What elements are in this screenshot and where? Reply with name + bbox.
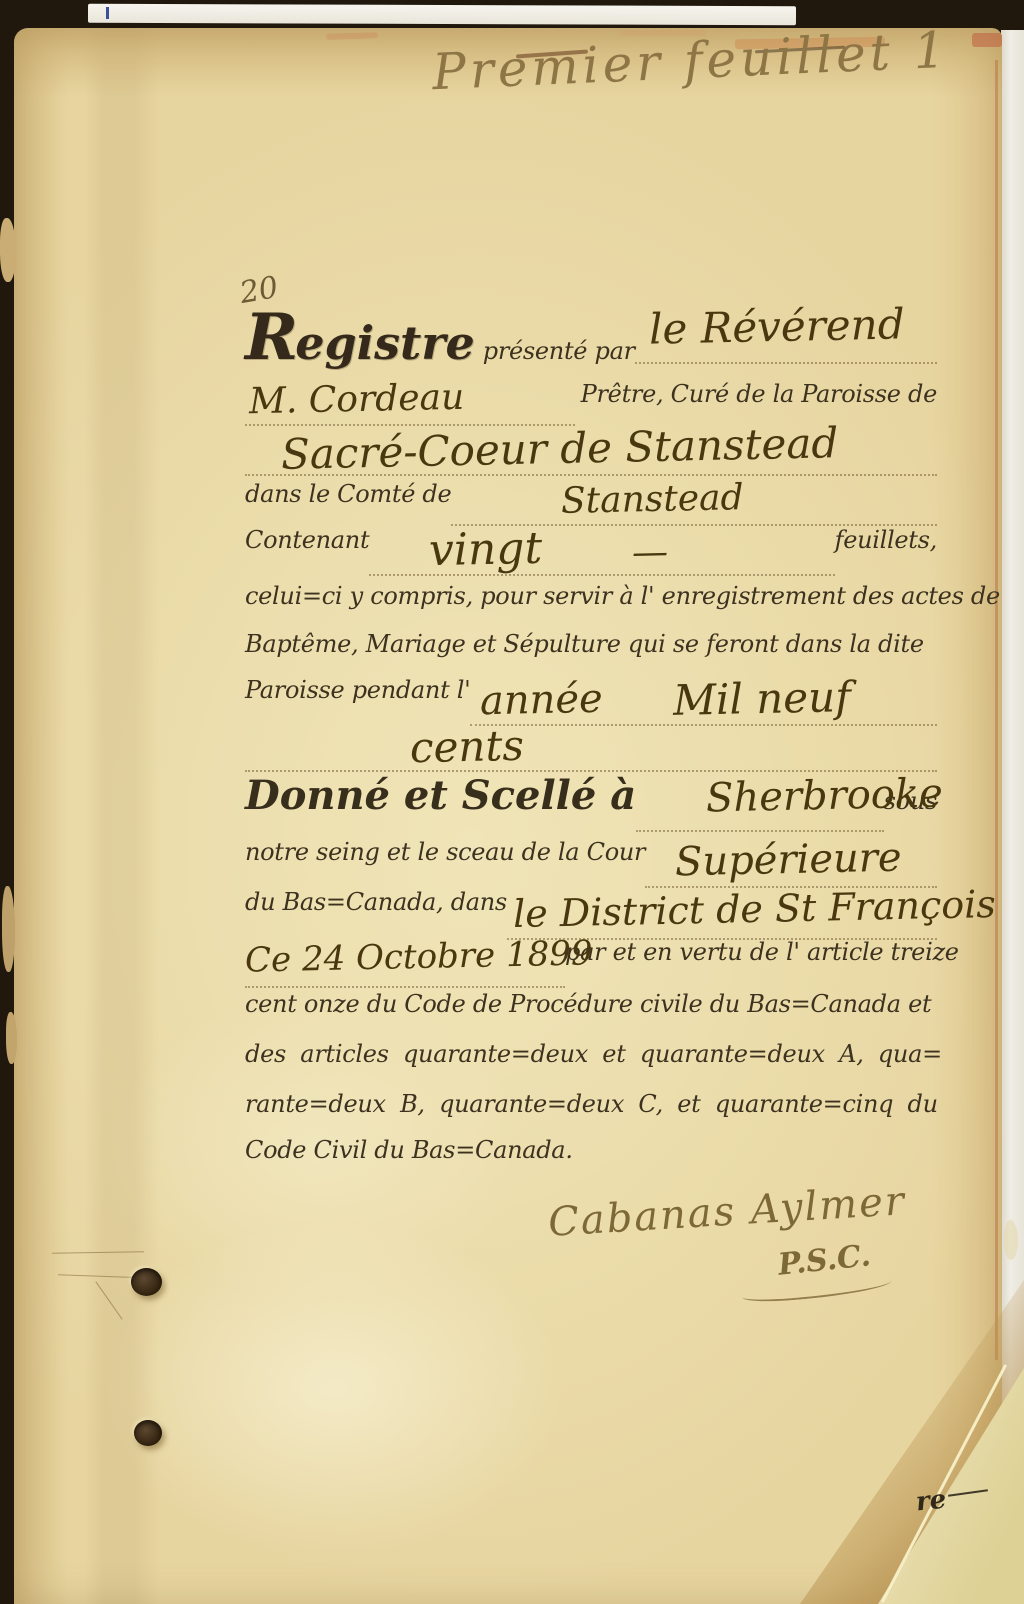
handwritten-dash: — [632,535,669,572]
printed-text: Baptême, Mariage et Sépulture qui se fer… [245,632,924,656]
printed-text: du Bas=Canada, dans [245,890,507,914]
printed-text: notre seing et le sceau de la Cour [245,840,645,864]
handwritten-entry: année [480,679,604,722]
form-line-annee: Paroisse pendant l' année Mil neuf [245,678,937,726]
printed-text: Prêtre, Curé de la Paroisse de [581,382,937,406]
next-page-ink-peek: re [915,1486,948,1515]
form-blank: Sacré-Coeur de Stanstead [245,428,937,476]
printed-text: rante=deux B, quarante=deux C, et quaran… [245,1092,938,1116]
form-line-code-procedure: cent onze du Code de Procédure civile du… [245,992,937,1016]
form-blank: Stanstead [451,482,937,526]
form-line-registre: Registre présenté par le Révérend [245,306,937,364]
form-blank: Ce 24 Octobre 1899 [245,940,565,988]
printed-text: Code Civil du Bas=Canada. [245,1138,573,1162]
form-line-paroisse: Sacré-Coeur de Stanstead [245,428,937,476]
form-line-articles: des articles quarante=deux et quarante=d… [245,1042,937,1066]
printed-text: Paroisse pendant l' [245,678,470,702]
form-blank: Supérieure [645,840,937,888]
printed-text: celui=ci y compris, pour servir à l' enr… [245,584,1000,608]
handwritten-entry: Stanstead [561,480,744,520]
form-line-date: Ce 24 Octobre 1899 par et en vertu de l'… [245,940,937,988]
punch-hole [134,1420,162,1446]
printed-text: des articles quarante=deux et quarante=d… [245,1042,942,1066]
handwritten-entry: Sherbrooke [706,774,944,819]
handwritten-entry: Mil neuf [673,676,852,722]
printed-text-display: Donné et Scellé à [245,776,636,816]
form-line-code-civil: Code Civil du Bas=Canada. [245,1138,937,1162]
punch-hole [131,1268,162,1296]
form-line-celui-ci: celui=ci y compris, pour servir à l' enr… [245,584,937,608]
form-blank: le Révérend [635,306,937,364]
form-line-cour: notre seing et le sceau de la Cour Supér… [245,840,937,888]
handwritten-entry: le Révérend [648,303,904,350]
printed-text: dans le Comté de [245,482,451,506]
form-line-bapteme: Baptême, Mariage et Sépulture qui se fer… [245,632,937,656]
handwritten-entry: Sacré-Coeur de Stanstead [281,422,839,476]
handwritten-date: Ce 24 Octobre 1899 [245,936,593,977]
book-pages-top-edge [88,4,796,25]
registre-ornate-title: Registre [245,306,475,370]
form-line-cents: cents [245,726,937,772]
form-blank: vingt — [369,528,834,576]
form-blank: cents [245,726,937,772]
handwritten-entry: vingt [429,527,543,573]
blue-edge-mark [106,7,109,19]
form-line-donne-scelle: Donné et Scellé à Sherbrooke sous [245,776,937,832]
printed-text: par et en vertu de l' article treize [565,940,959,964]
handwritten-entry: M. Cordeau [249,380,465,420]
paper-scrap [1004,1220,1018,1260]
printed-text: feuillets, [835,528,937,552]
form-line-contenant: Contenant vingt — feuillets, [245,528,937,576]
form-blank: M. Cordeau [245,382,575,426]
scanned-register-page: { "scan": { "annotations": { "top_note":… [0,0,1024,1604]
form-line-articles-suite: rante=deux B, quarante=deux C, et quaran… [245,1092,937,1116]
printed-text: Contenant [245,528,369,552]
handwritten-entry: Supérieure [675,838,902,883]
printed-text: présenté par [483,339,635,363]
form-blank: année Mil neuf [470,678,937,726]
red-residue-mark [972,33,1002,47]
form-line-comte: dans le Comté de Stanstead [245,482,937,526]
form-blank: le District de St François [507,890,937,940]
printed-text: cent onze du Code de Procédure civile du… [245,992,931,1016]
handwritten-entry: le District de St François [513,885,997,933]
handwritten-entry: cents [410,725,525,769]
form-blank: Sherbrooke [636,776,884,832]
page-edge-red-stain [995,60,998,1360]
